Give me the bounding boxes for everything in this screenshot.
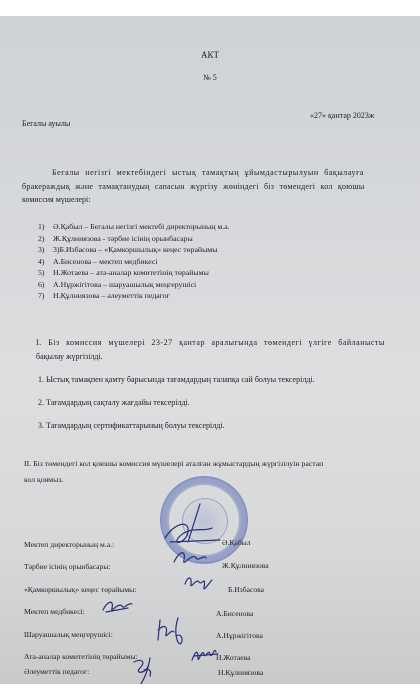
member-item: 4)А.Бисенова – мектеп медбикесі [38,257,230,269]
signature-role: Шаруашылық меңгерушісі: [24,630,113,639]
section-1-line-1: I. Біз комиссия мүшелері 23-27 қантар ар… [36,336,385,350]
section-1-items: 1. Ыстық тамақпен қамту барысында тағамд… [38,375,315,444]
member-item: 2)Ж.Құлниязова - тәрбие ісінің орынбасар… [38,234,230,246]
check-item: 3. Тағамдардың сертификаттарының болуы т… [38,421,315,444]
signature-social-pedagogue-icon [126,656,160,684]
member-item: 3)3)Б.Избасова – «Қамкоршылық» кеңес төр… [38,245,230,257]
signature-name: Ж.Құлниязова [222,561,269,570]
signature-deputy-icon [170,546,210,571]
document-number: № 5 [0,73,420,82]
signature-role: Әлеуметтік педагог: [24,667,89,676]
document-title: АКТ [0,50,420,60]
intro-paragraph: Бегалы негізгі мектебіндегі ыстық тамақт… [22,166,365,207]
signature-role: Мектеп медбикесі: [24,607,85,616]
signature-role: Ата-аналар комитетінің төрайымы: [24,652,138,661]
signature-name: Н.Жотаева [216,653,251,662]
check-item: 1. Ыстық тамақпен қамту барысында тағамд… [38,375,315,398]
signature-name: А.Нұржігітова [216,631,263,640]
members-list: 1)Ә.Қабыл – Бегалы негізгі мектебі дирек… [38,222,230,303]
intro-line-3: комиссия мүшелері: [22,193,365,207]
signature-role: Мектеп директорының м.а.: [24,540,114,549]
signature-name: Б.Избасова [228,585,264,594]
member-item: 7)Н.Құлниязова – әлеуметтік педагог [38,291,230,303]
intro-line-1: Бегалы негізгі мектебіндегі ыстық тамақт… [22,166,365,180]
check-item: 2. Тағамдардың сақталу жағдайы тексерілд… [38,398,315,421]
member-item: 6)А.Нұржігітова – шаруашылық меңгерушісі [38,280,230,292]
signature-role: Тәрбие ісінің орынбасары: [24,562,111,571]
intro-line-2: бракераждық және тамақтанудың сапасын жү… [22,180,365,194]
signature-name: Н.Құлниязова [218,668,263,677]
document-place: Бегалы ауылы [22,119,70,128]
signature-role: «Қамкоршылық» кеңес төрайымы: [24,585,136,594]
signature-council-icon [182,572,214,594]
section-2: II. Біз төмендегі кол қоюшы комиссия мүш… [24,456,323,488]
document-page: АКТ № 5 Бегалы ауылы «27» қантар 2023ж Б… [0,16,420,684]
section-1: I. Біз комиссия мүшелері 23-27 қантар ар… [36,336,385,363]
signature-parents-committee-icon [190,644,220,666]
member-item: 1)Ә.Қабыл – Бегалы негізгі мектебі дирек… [38,222,230,234]
signature-name: А.Бисенова [216,609,253,618]
section-2-line-2: кол қоямыз. [24,472,323,488]
section-1-line-2: бақылау жүргізілді. [36,350,385,364]
signature-nurse-icon [100,598,134,616]
signature-manager-icon [154,616,188,648]
member-item: 5)Н.Жотаева – ата-аналар комитетінің төр… [38,268,230,280]
document-date: «27» қантар 2023ж [310,111,374,120]
section-2-line-1: II. Біз төмендегі кол қоюшы комиссия мүш… [24,456,323,472]
